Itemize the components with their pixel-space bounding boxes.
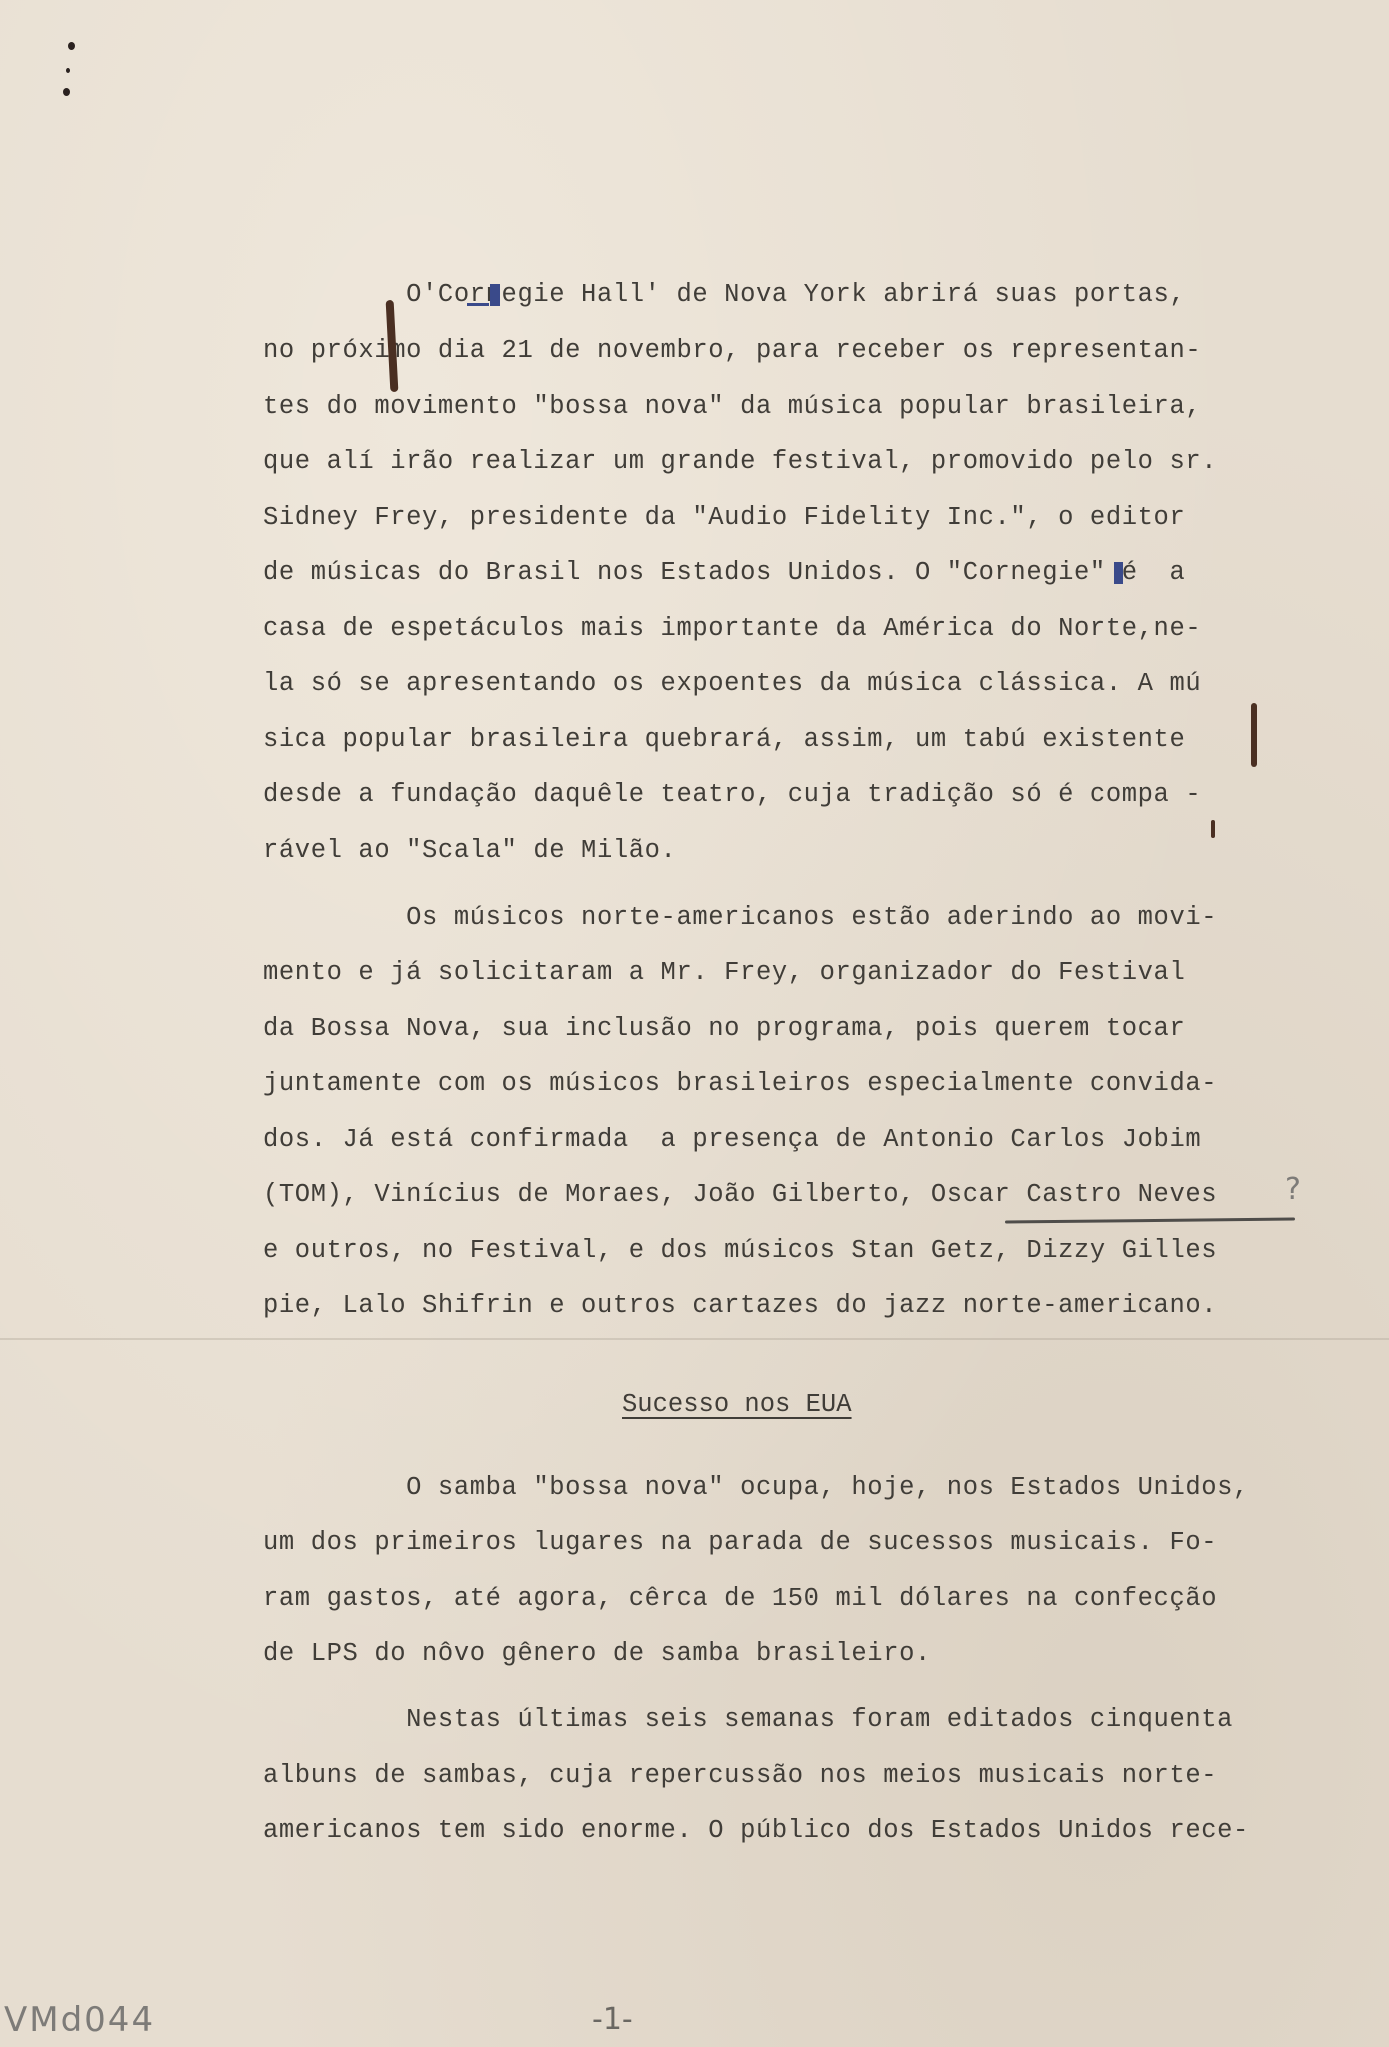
text-line: americanos tem sido enorme. O público do…: [263, 1816, 1249, 1846]
paper-fold: [0, 1338, 1389, 1340]
text-line: rável ao "Scala" de Milão.: [263, 836, 676, 866]
text-line: tes do movimento "bossa nova" da música …: [263, 392, 1201, 422]
ink-correction-mark: [1211, 820, 1215, 838]
text-line: no próximo dia 21 de novembro, para rece…: [263, 336, 1201, 366]
margin-question-mark: ?: [1285, 1172, 1303, 1207]
text-line: ram gastos, até agora, cêrca de 150 mil …: [263, 1584, 1217, 1614]
text-line: Sidney Frey, presidente da "Audio Fideli…: [263, 503, 1185, 533]
ink-dot: [63, 88, 70, 96]
text-line: (TOM), Vinícius de Moraes, João Gilberto…: [263, 1180, 1217, 1210]
catalog-id: VMd044: [4, 2000, 155, 2040]
blue-correction-mark: [490, 284, 500, 306]
text-line: e outros, no Festival, e dos músicos Sta…: [263, 1236, 1217, 1266]
text-line: mento e já solicitaram a Mr. Frey, organ…: [263, 958, 1185, 988]
page-number: -1-: [592, 2002, 633, 2037]
text-line: la só se apresentando os expoentes da mú…: [263, 669, 1201, 699]
text-line: juntamente com os músicos brasileiros es…: [263, 1069, 1217, 1099]
text-line: pie, Lalo Shifrin e outros cartazes do j…: [263, 1291, 1217, 1321]
ink-dot: [68, 42, 75, 50]
blue-correction-mark: [467, 303, 489, 306]
ink-dot: [66, 68, 70, 73]
blue-correction-mark: [1114, 562, 1123, 584]
text-line: que alí irão realizar um grande festival…: [263, 447, 1217, 477]
section-heading: Sucesso nos EUA: [622, 1390, 852, 1419]
text-line: um dos primeiros lugares na parada de su…: [263, 1528, 1217, 1558]
text-line: da Bossa Nova, sua inclusão no programa,…: [263, 1014, 1185, 1044]
text-line: Nestas últimas seis semanas foram editad…: [263, 1705, 1233, 1735]
document-page: O'Cornegie Hall' de Nova York abrirá sua…: [0, 0, 1389, 2047]
pencil-underline: [1005, 1217, 1295, 1223]
text-line: O samba "bossa nova" ocupa, hoje, nos Es…: [263, 1473, 1249, 1503]
text-line: de LPS do nôvo gênero de samba brasileir…: [263, 1639, 931, 1669]
text-line: sica popular brasileira quebrará, assim,…: [263, 725, 1185, 755]
text-line: albuns de sambas, cuja repercussão nos m…: [263, 1761, 1217, 1791]
text-line: Os músicos norte-americanos estão aderin…: [263, 903, 1217, 933]
text-line: casa de espetáculos mais importante da A…: [263, 614, 1201, 644]
ink-correction-mark: [1251, 703, 1257, 767]
text-line: O'Cornegie Hall' de Nova York abrirá sua…: [263, 280, 1185, 310]
text-line: de músicas do Brasil nos Estados Unidos.…: [263, 558, 1185, 588]
text-line: dos. Já está confirmada a presença de An…: [263, 1125, 1201, 1155]
text-line: desde a fundação daquêle teatro, cuja tr…: [263, 780, 1201, 810]
